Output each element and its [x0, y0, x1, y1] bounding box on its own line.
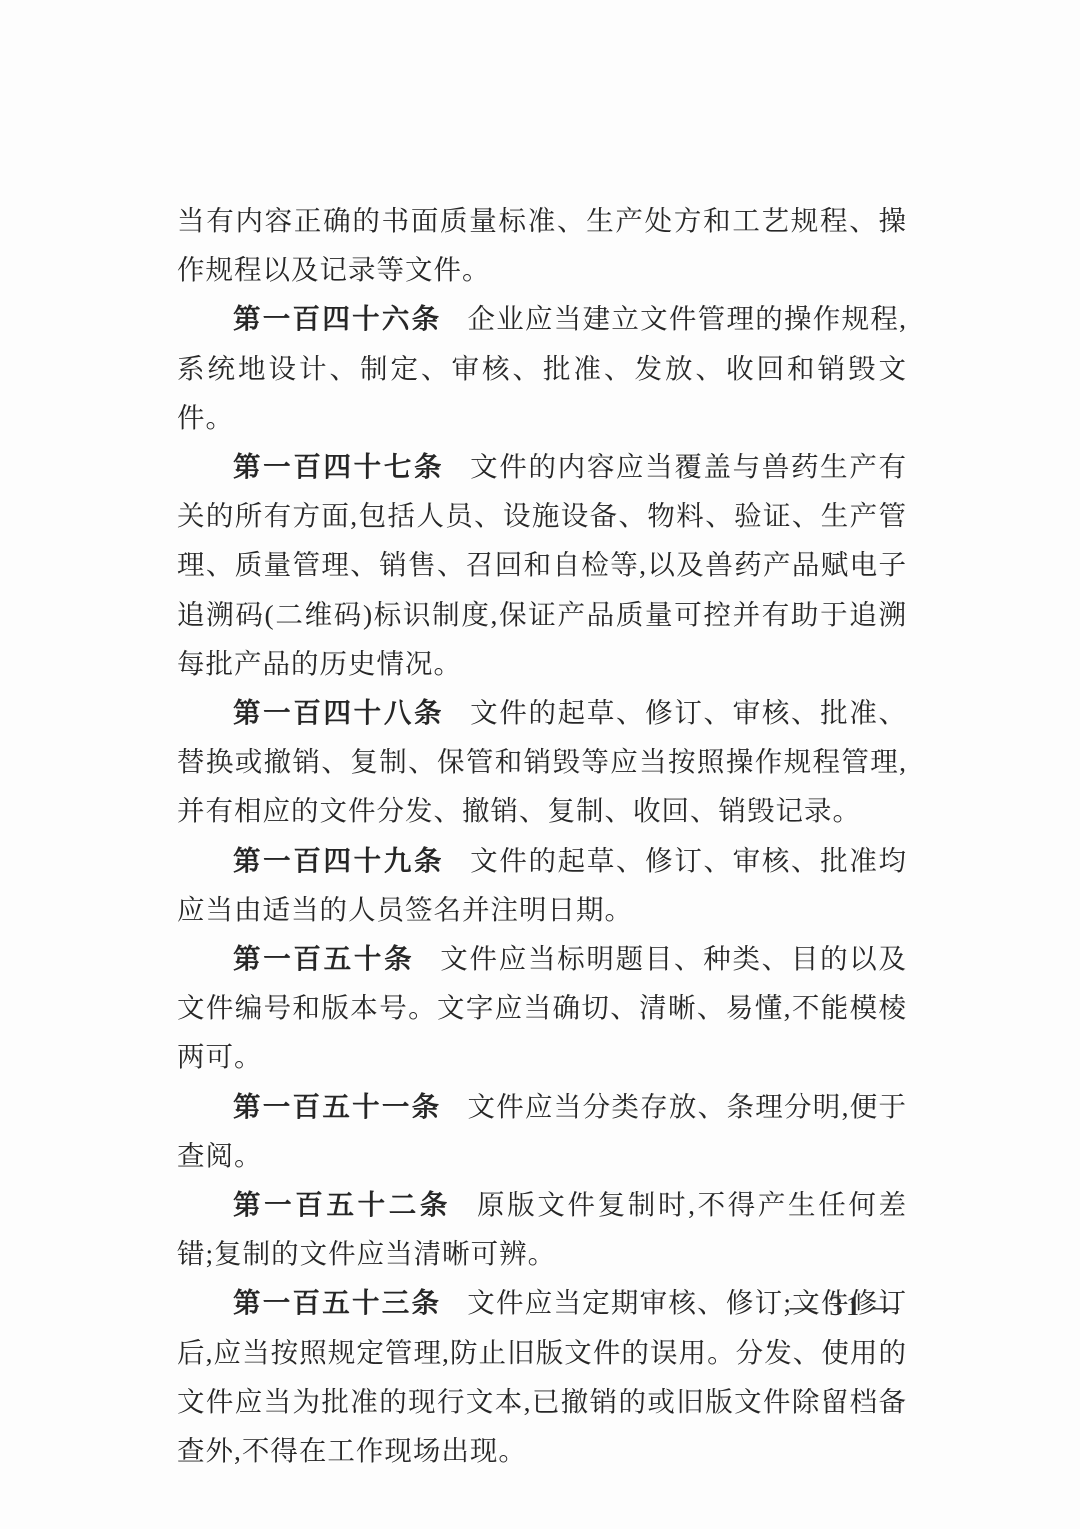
- paragraph: 当有内容正确的书面质量标准、生产处方和工艺规程、操作规程以及记录等文件。: [177, 196, 907, 294]
- paragraph: 第一百四十九条文件的起草、修订、审核、批准均应当由适当的人员签名并注明日期。: [177, 836, 907, 934]
- article-number-label: 第一百五十一条: [233, 1091, 441, 1122]
- article-number-label: 第一百四十八条: [233, 697, 444, 728]
- article-number-label: 第一百五十二条: [233, 1189, 451, 1220]
- article-number-label: 第一百四十九条: [233, 845, 444, 876]
- paragraph: 第一百五十条文件应当标明题目、种类、目的以及文件编号和版本号。文字应当确切、清晰…: [177, 934, 907, 1082]
- article-number-label: 第一百四十七条: [233, 451, 444, 482]
- paragraph: 第一百四十七条文件的内容应当覆盖与兽药生产有关的所有方面,包括人员、设施设备、物…: [177, 442, 907, 688]
- paragraph: 第一百五十二条原版文件复制时,不得产生任何差错;复制的文件应当清晰可辨。: [177, 1180, 907, 1278]
- article-number-label: 第一百五十三条: [233, 1287, 441, 1318]
- page-number: — 31 —: [790, 1291, 903, 1322]
- paragraph: 第一百四十八条文件的起草、修订、审核、批准、替换或撤销、复制、保管和销毁等应当按…: [177, 688, 907, 836]
- paragraph: 第一百四十六条企业应当建立文件管理的操作规程,系统地设计、制定、审核、批准、发放…: [177, 294, 907, 442]
- paragraph-text: 当有内容正确的书面质量标准、生产处方和工艺规程、操作规程以及记录等文件。: [177, 205, 907, 285]
- paragraph-text: 文件的内容应当覆盖与兽药生产有关的所有方面,包括人员、设施设备、物料、验证、生产…: [177, 451, 907, 679]
- document-page: 当有内容正确的书面质量标准、生产处方和工艺规程、操作规程以及记录等文件。 第一百…: [0, 0, 1080, 1529]
- paragraph: 第一百五十一条文件应当分类存放、条理分明,便于查阅。: [177, 1082, 907, 1180]
- article-number-label: 第一百四十六条: [233, 303, 441, 334]
- article-number-label: 第一百五十条: [233, 943, 414, 974]
- document-body: 当有内容正确的书面质量标准、生产处方和工艺规程、操作规程以及记录等文件。 第一百…: [177, 196, 907, 1475]
